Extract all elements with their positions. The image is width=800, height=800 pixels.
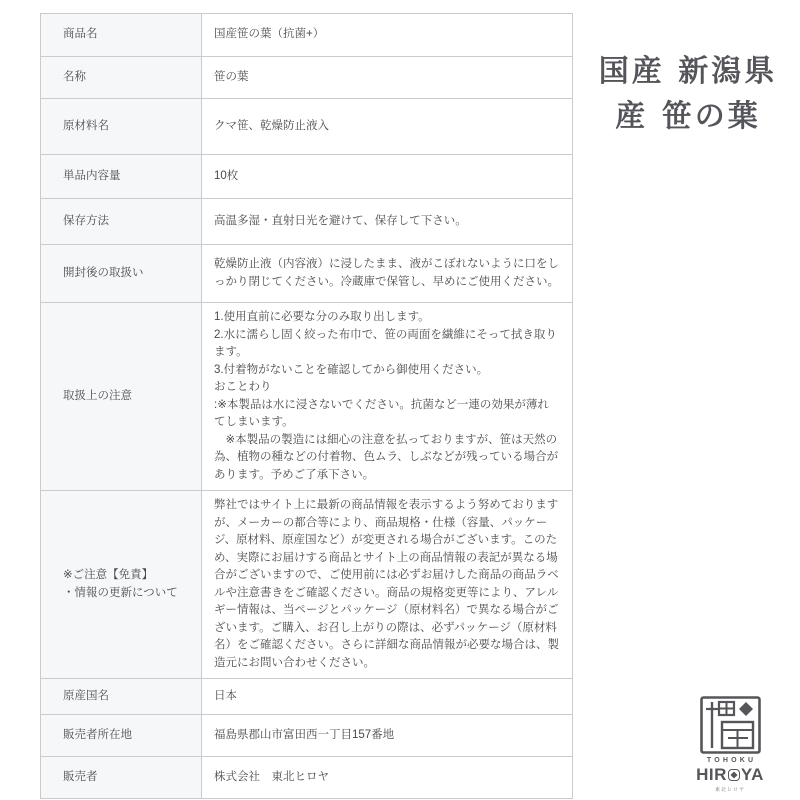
diamond-o-icon	[728, 769, 740, 781]
row-value: クマ笹、乾燥防止液入	[202, 99, 572, 154]
row-label: 原産国名	[41, 679, 202, 714]
row-value: 10枚	[202, 155, 572, 198]
brand-main-suffix: YA	[741, 766, 764, 783]
table-row: 販売者所在地 福島県郡山市富田西一丁目157番地	[41, 714, 572, 756]
brand-top-text: TOHOKU	[694, 757, 766, 764]
row-label: 原材料名	[41, 99, 202, 154]
row-value: 1.使用直前に必要な分のみ取り出します。 2.水に濡らし固く絞った布巾で、笹の両…	[202, 303, 572, 490]
product-spec-table: 商品名 国産笹の葉（抗菌+） 名称 笹の葉 原材料名 クマ笹、乾燥防止液入 単品…	[40, 13, 573, 799]
table-row: 取扱上の注意 1.使用直前に必要な分のみ取り出します。 2.水に濡らし固く絞った…	[41, 302, 572, 490]
brand-main-text: HIRYA	[694, 766, 766, 783]
row-value: 国産笹の葉（抗菌+）	[202, 14, 572, 56]
row-label: 単品内容量	[41, 155, 202, 198]
row-label: 販売者所在地	[41, 715, 202, 756]
table-row: 開封後の取扱い 乾燥防止液（内容液）に浸したまま、液がこぼれないように口をしっか…	[41, 244, 572, 302]
table-row: 原産国名 日本	[41, 678, 572, 714]
table-row: 原材料名 クマ笹、乾燥防止液入	[41, 98, 572, 154]
table-row: 保存方法 高温多湿・直射日光を避けて、保存して下さい。	[41, 198, 572, 244]
table-row: 販売者 株式会社 東北ヒロヤ	[41, 756, 572, 798]
row-value: 弊社ではサイト上に最新の商品情報を表示するよう努めておりますが、メーカーの都合等…	[202, 491, 572, 678]
row-label: ※ご注意【免責】 ・情報の更新について	[41, 491, 202, 678]
row-label: 名称	[41, 57, 202, 98]
table-row: 名称 笹の葉	[41, 56, 572, 98]
row-value: 笹の葉	[202, 57, 572, 98]
row-value: 乾燥防止液（内容液）に浸したまま、液がこぼれないように口をしっかり閉じてください…	[202, 245, 572, 302]
row-label: 開封後の取扱い	[41, 245, 202, 302]
row-value: 日本	[202, 679, 572, 714]
brand-sub-text: 東北ヒロヤ	[694, 786, 766, 793]
product-spec-sheet: 商品名 国産笹の葉（抗菌+） 名称 笹の葉 原材料名 クマ笹、乾燥防止液入 単品…	[0, 0, 800, 800]
row-value: 株式会社 東北ヒロヤ	[202, 757, 572, 798]
table-row: 単品内容量 10枚	[41, 154, 572, 198]
brand-main-prefix: HIR	[696, 766, 727, 783]
row-label: 商品名	[41, 14, 202, 56]
row-label: 販売者	[41, 757, 202, 798]
row-label: 保存方法	[41, 199, 202, 244]
row-label: 取扱上の注意	[41, 303, 202, 490]
table-row: 商品名 国産笹の葉（抗菌+）	[41, 14, 572, 56]
brand-logo: TOHOKU HIRYA 東北ヒロヤ	[694, 696, 766, 793]
row-value: 高温多湿・直射日光を避けて、保存して下さい。	[202, 199, 572, 244]
product-headline: 国産 新潟県産 笹の葉	[597, 49, 779, 139]
table-row: ※ご注意【免責】 ・情報の更新について 弊社ではサイト上に最新の商品情報を表示す…	[41, 490, 572, 678]
row-value: 福島県郡山市富田西一丁目157番地	[202, 715, 572, 756]
hiroya-kanji-mark-icon	[700, 696, 761, 754]
